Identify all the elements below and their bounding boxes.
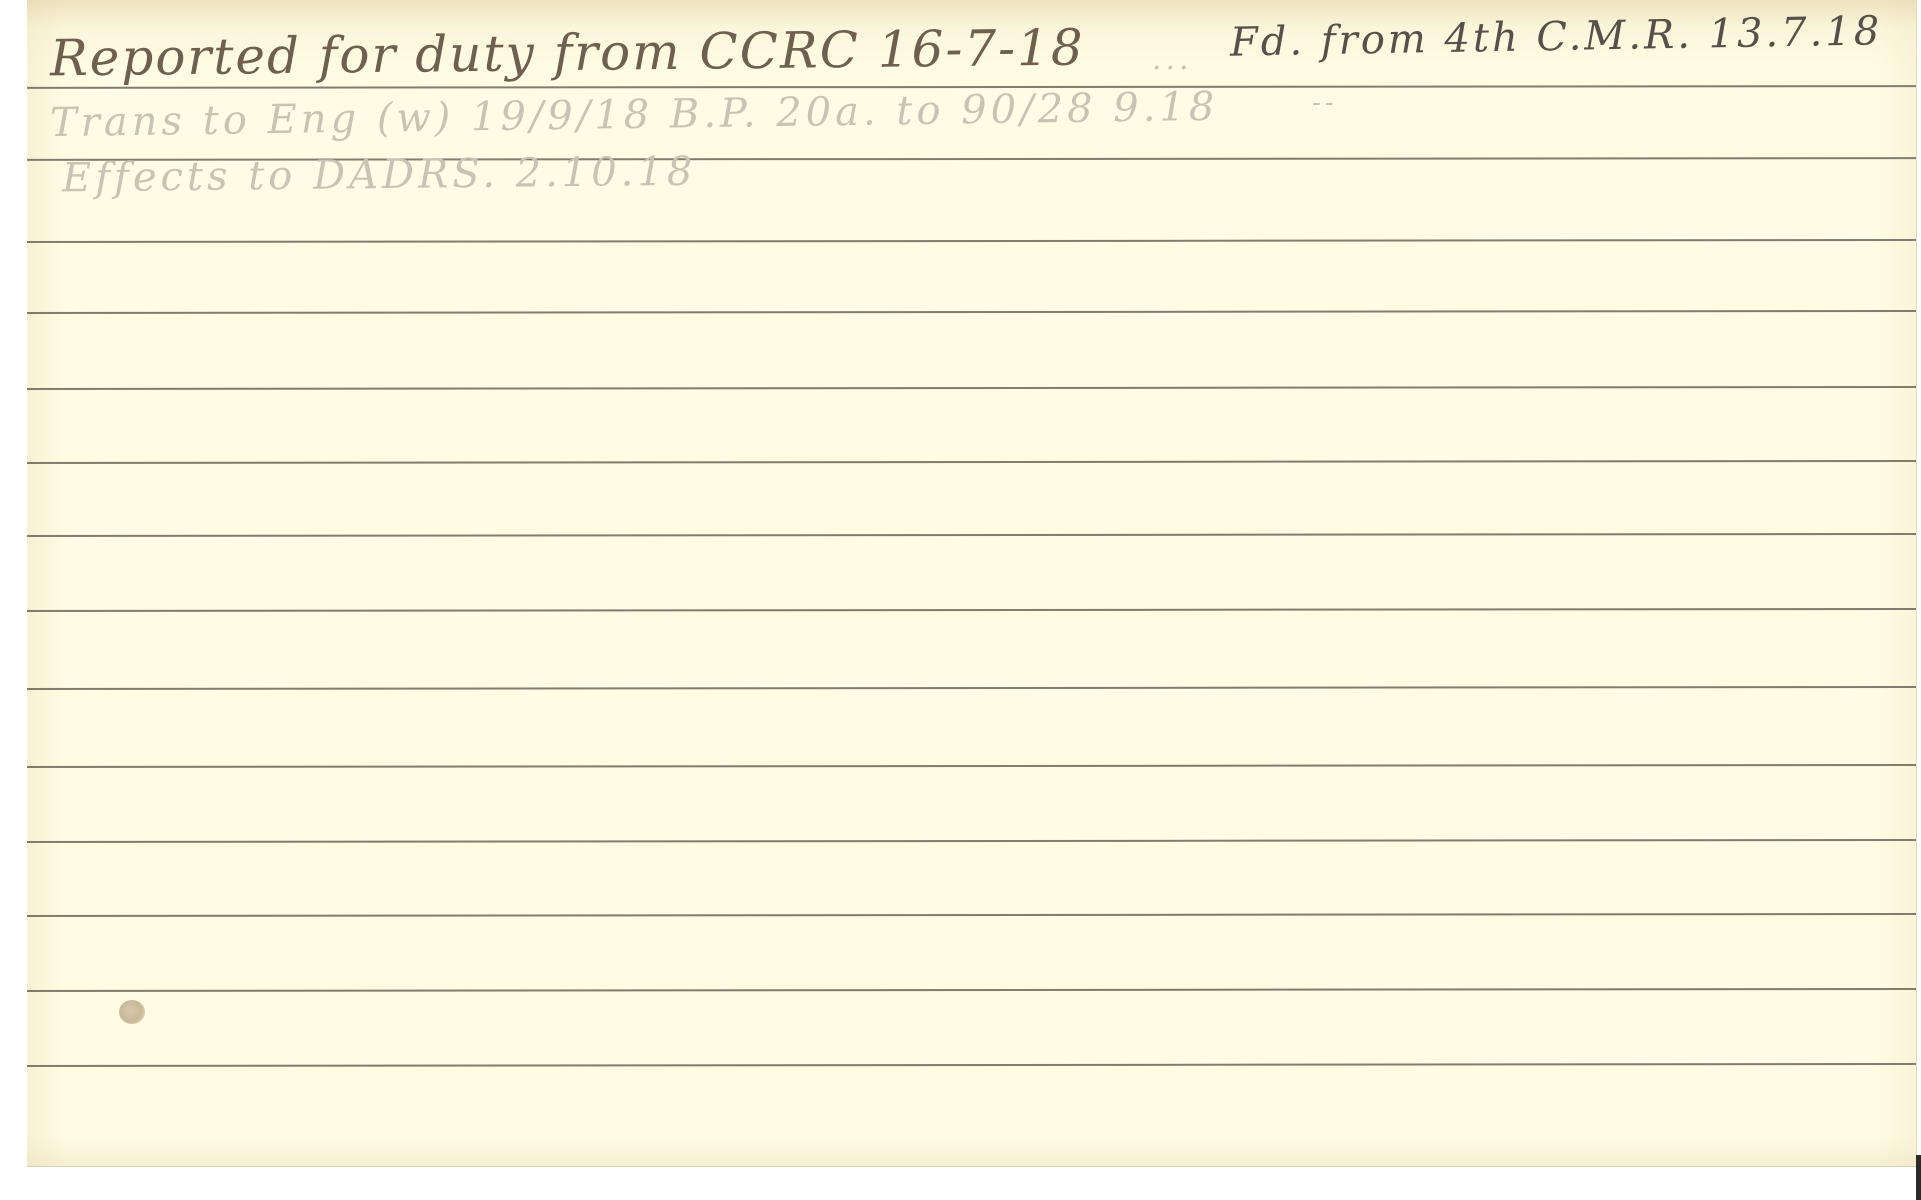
entry-effects: Effects to DADRS. 2.10.18 bbox=[62, 149, 697, 202]
entry-transferred-from: Fd. from 4th C.M.R. 13.7.18 bbox=[1230, 8, 1883, 65]
ruled-line bbox=[27, 460, 1916, 464]
ruled-line bbox=[27, 310, 1916, 314]
ruled-line bbox=[27, 533, 1916, 537]
ruled-line bbox=[27, 1063, 1916, 1067]
ruled-line bbox=[27, 686, 1916, 690]
ruled-line bbox=[27, 608, 1916, 612]
ruled-line bbox=[27, 913, 1916, 917]
ruled-line bbox=[27, 386, 1916, 390]
ruled-line bbox=[27, 764, 1916, 768]
ruled-line bbox=[27, 239, 1916, 243]
ruled-line bbox=[27, 839, 1916, 843]
entry-reported-for-duty: Reported for duty from CCRC 16-7-18 bbox=[50, 19, 1085, 88]
scan-edge bbox=[1916, 1155, 1921, 1200]
entry-transferred-to-england: Trans to Eng (w) 19/9/18 B.P. 20a. to 90… bbox=[50, 84, 1219, 146]
record-card: Reported for duty from CCRC 16-7-18 Fd. … bbox=[27, 0, 1916, 1166]
trailing-mark: -- bbox=[1312, 88, 1338, 118]
trailing-mark: ... bbox=[1152, 42, 1193, 77]
ruled-line bbox=[27, 988, 1916, 992]
stain-mark bbox=[119, 1000, 145, 1024]
